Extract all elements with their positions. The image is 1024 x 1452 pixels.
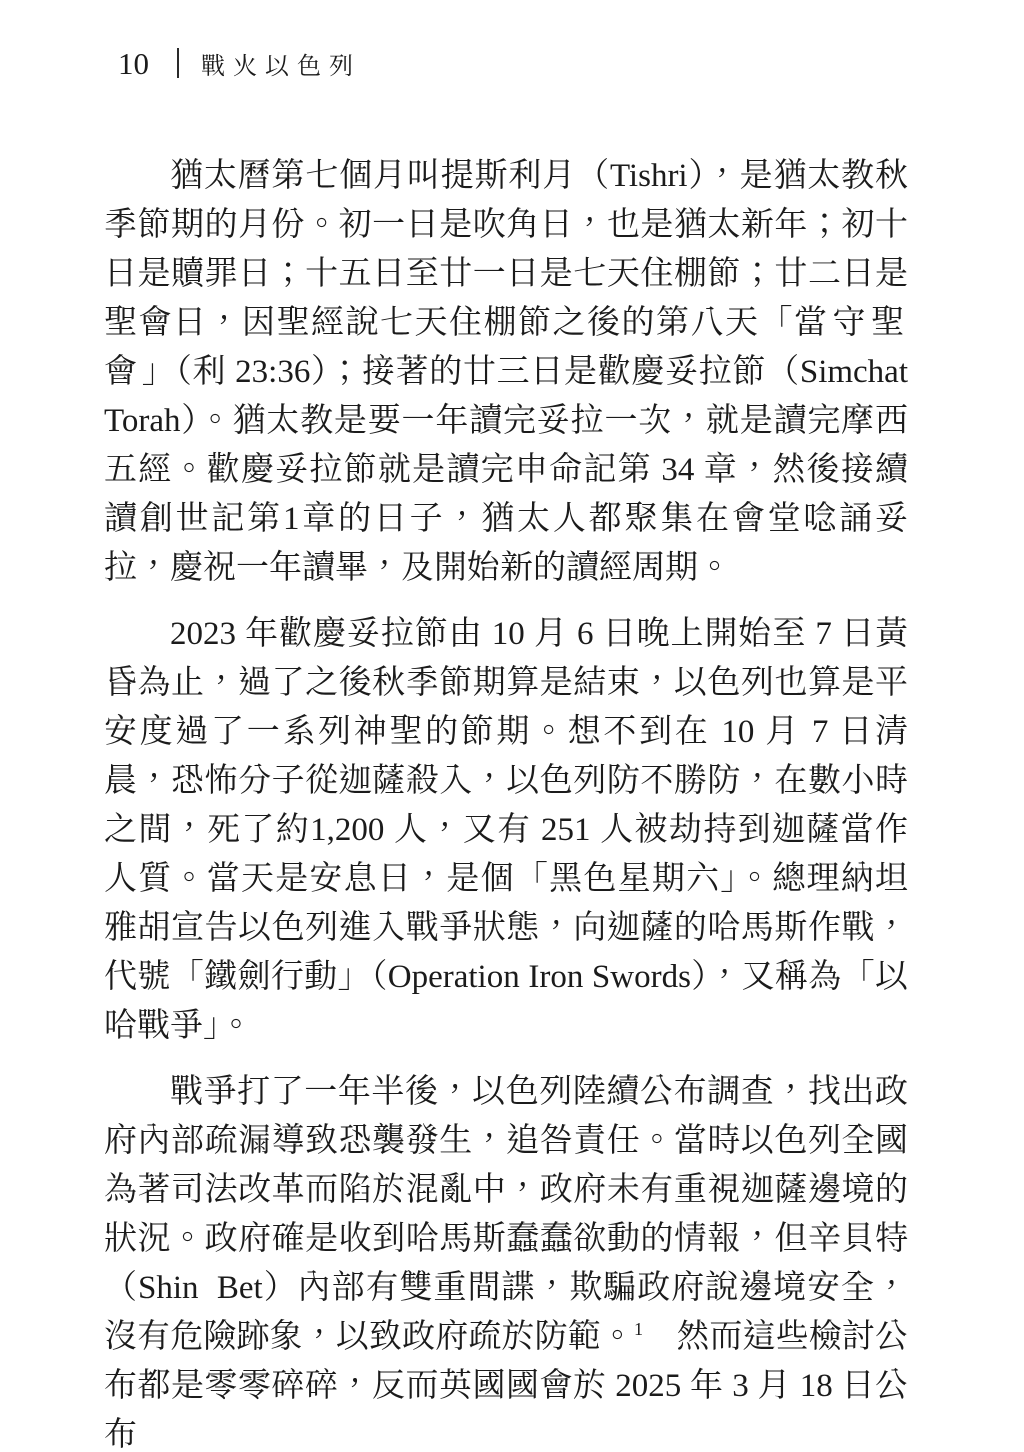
header-divider	[177, 48, 179, 78]
paragraph-3-text: 戰爭打了一年半後，以色列陸續公布調查，找出政府內部疏漏導致恐襲發生，追咎責任。當…	[104, 1074, 908, 1355]
paragraph-1-text: 猶太曆第七個月叫提斯利月（Tishri），是猶太教秋季節期的月份。初一日是吹角日…	[104, 158, 908, 341]
page-body: 猶太曆第七個月叫提斯利月（Tishri），是猶太教秋季節期的月份。初一日是吹角日…	[104, 152, 908, 1452]
book-title: 戰火以色列	[201, 46, 361, 81]
page-header: 10 戰火以色列	[118, 44, 908, 82]
paragraph-3: 戰爭打了一年半後，以色列陸續公布調查，找出政府內部疏漏導致恐襲發生，追咎責任。當…	[104, 1068, 908, 1452]
footnote-reference-1: 1	[634, 1319, 643, 1339]
book-page: 10 戰火以色列 猶太曆第七個月叫提斯利月（Tishri），是猶太教秋季節期的月…	[0, 0, 1024, 1452]
paragraph-1: 猶太曆第七個月叫提斯利月（Tishri），是猶太教秋季節期的月份。初一日是吹角日…	[104, 152, 908, 593]
paragraph-2: 2023 年歡慶妥拉節由 10 月 6 日晚上開始至 7 日黃昏為止，過了之後秋…	[104, 610, 908, 1051]
page-number: 10	[118, 48, 149, 79]
paragraph-1-text-continued: 」（利 23:36）；接著的廿三日是歡慶妥拉節（Simchat Torah）。猶…	[104, 354, 908, 586]
paragraph-2-text: 2023 年歡慶妥拉節由 10 月 6 日晚上開始至 7 日黃昏為止，過了之後秋…	[104, 616, 908, 1044]
